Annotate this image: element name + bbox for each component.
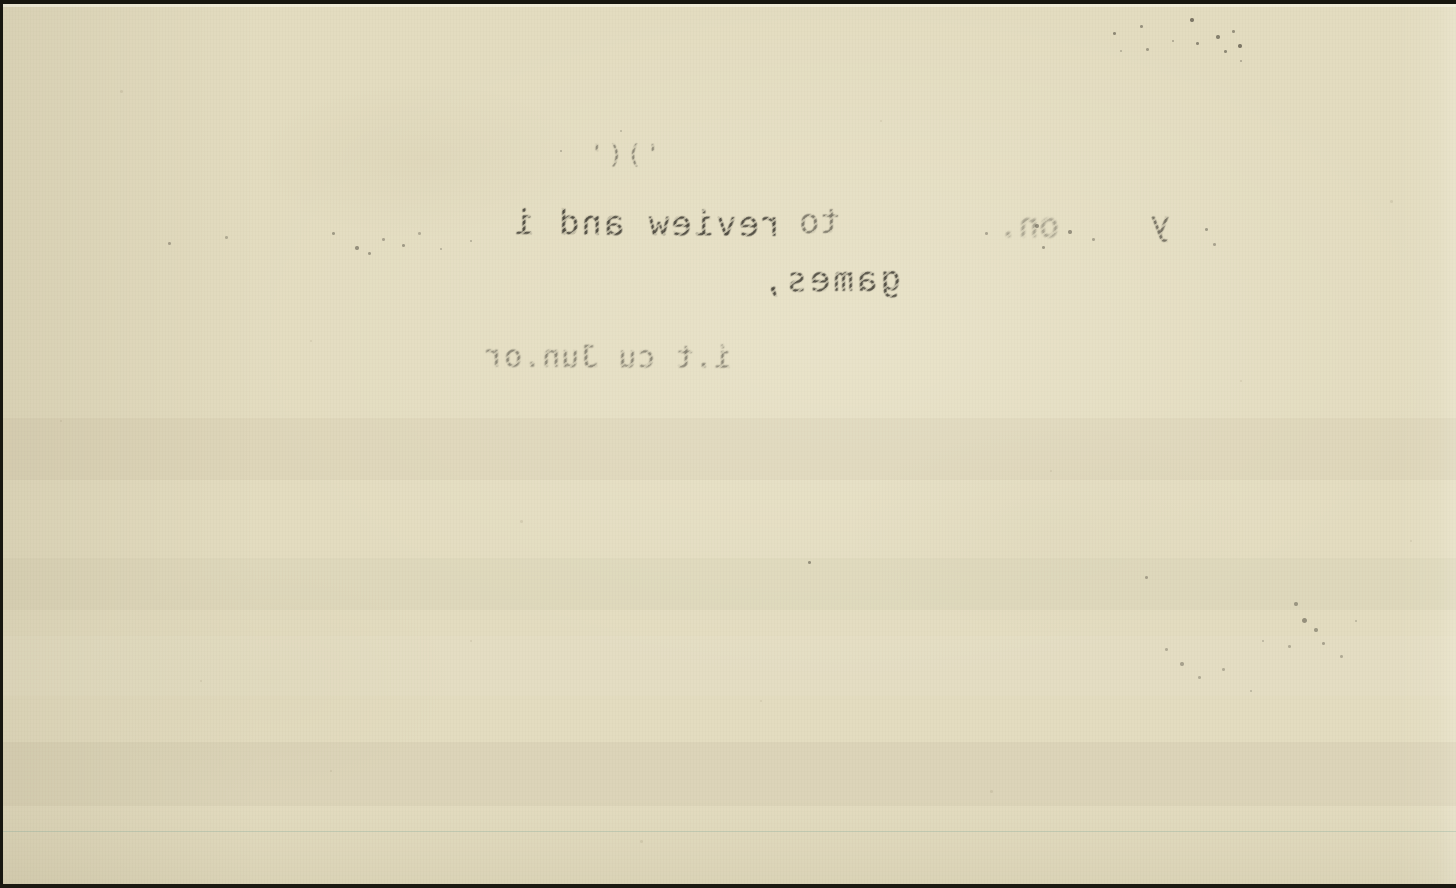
ink-speck (1294, 602, 1298, 606)
ink-offset-fragment-games: games, (760, 259, 901, 300)
ink-offset-fragment-line1-on: on. (998, 206, 1059, 246)
scan-edge-bottom (0, 884, 1456, 888)
ink-speck (1198, 676, 1201, 679)
scan-band (0, 742, 1456, 806)
ink-speck (1035, 224, 1039, 228)
ink-speck (808, 561, 811, 564)
ink-speck (620, 130, 622, 132)
paper-speck (200, 680, 202, 682)
scanned-card: ')(' review and i to on. y games, i.t cu… (0, 0, 1456, 888)
ink-speck (1224, 50, 1227, 53)
scan-band (0, 558, 1456, 610)
paper-stain (840, 420, 1260, 640)
ink-speck (355, 246, 359, 250)
ink-speck (1113, 32, 1116, 35)
ink-speck (1355, 620, 1357, 622)
paper-speck (310, 340, 312, 342)
paper-speck (760, 700, 762, 702)
ink-speck (1120, 50, 1122, 52)
ink-offset-fragment-squiggle: ')(' (586, 140, 661, 170)
paper-speck (330, 770, 332, 772)
ink-speck (1180, 662, 1184, 666)
ink-speck (985, 232, 988, 235)
ink-speck (1240, 60, 1242, 62)
scanner-artifact-line (0, 831, 1456, 832)
ink-speck (168, 242, 171, 245)
ink-speck (1140, 25, 1143, 28)
paper-speck (1050, 470, 1052, 472)
ink-speck (1314, 628, 1318, 632)
ink-speck (1145, 576, 1148, 579)
paper-speck (520, 520, 523, 523)
paper-speck (470, 640, 472, 642)
ink-speck (418, 232, 421, 235)
paper-speck (60, 420, 62, 422)
scan-edge-top (0, 0, 1456, 4)
ink-speck (1250, 690, 1252, 692)
scan-band (0, 418, 1456, 480)
ink-speck (1262, 640, 1264, 642)
paper-speck (990, 790, 993, 793)
scan-band-light (0, 636, 1456, 696)
paper-speck (1240, 380, 1242, 382)
ink-speck (560, 150, 562, 152)
ink-speck (440, 248, 442, 250)
ink-speck (1213, 243, 1216, 246)
paper-speck (880, 120, 882, 122)
scan-glare (0, 4, 1456, 7)
paper-stain (80, 560, 460, 800)
scan-edge-left (0, 0, 3, 888)
ink-speck (470, 240, 472, 242)
ink-speck (1322, 642, 1325, 645)
paper-speck (120, 90, 123, 93)
ink-speck (1190, 18, 1194, 22)
ink-speck (1340, 655, 1343, 658)
ink-speck (1222, 668, 1225, 671)
ink-speck (1205, 228, 1208, 231)
ink-speck (1238, 44, 1242, 48)
paper-speck (1410, 540, 1412, 542)
ink-speck (1302, 618, 1307, 623)
ink-speck (1042, 246, 1045, 249)
ink-speck (1172, 40, 1174, 42)
paper-speck (640, 840, 643, 843)
ink-speck (225, 236, 228, 239)
ink-speck (1196, 42, 1199, 45)
ink-speck (332, 232, 335, 235)
paper-speck (1390, 200, 1393, 203)
ink-speck (1068, 230, 1072, 234)
ink-offset-fragment-junior: i.t cu Jun.or (484, 339, 732, 375)
ink-offset-fragment-line1-review-and-i: review and i (512, 203, 782, 245)
ink-speck (368, 252, 371, 255)
ink-speck (1288, 645, 1291, 648)
ink-speck (1165, 648, 1168, 651)
ink-offset-fragment-line1-to: to (799, 202, 840, 242)
ink-speck (402, 244, 405, 247)
ink-speck (1232, 30, 1235, 33)
ink-speck (1092, 238, 1095, 241)
ink-speck (382, 238, 385, 241)
ink-offset-fragment-line1-y: y (1150, 204, 1170, 244)
ink-speck (1216, 35, 1220, 39)
ink-speck (1146, 48, 1149, 51)
